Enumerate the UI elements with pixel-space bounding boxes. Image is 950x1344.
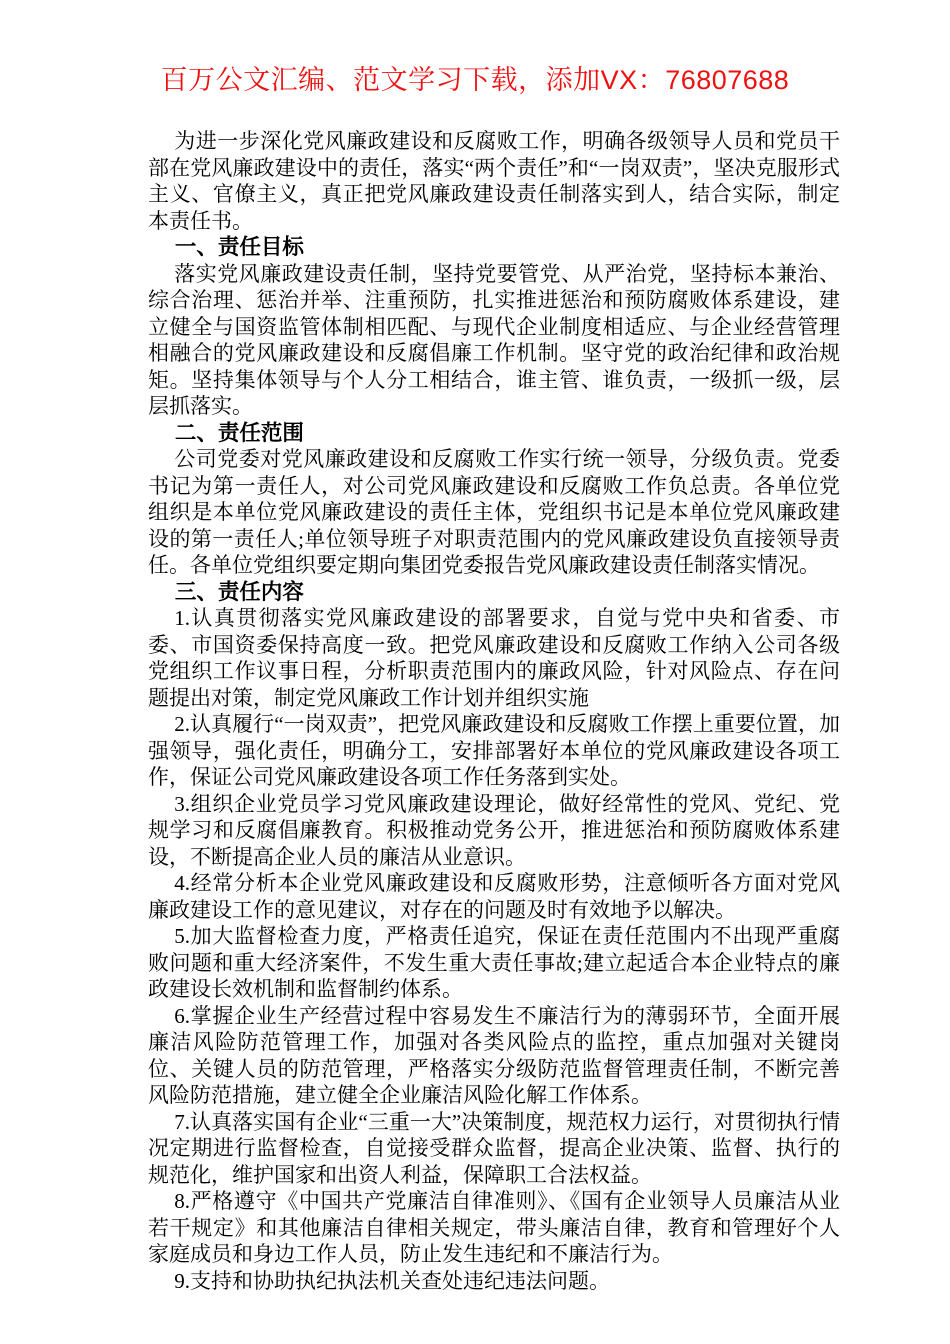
section-heading-responsibility-goals: 一、责任目标 [148,234,840,261]
list-item-4: 4.经常分析本企业党风廉政建设和反腐败形势，注意倾听各方面对党风廉政建设工作的意… [148,870,840,923]
list-item-6: 6.掌握企业生产经营过程中容易发生不廉洁行为的薄弱环节，全面开展廉洁风险防范管理… [148,1003,840,1109]
intro-paragraph: 为进一步深化党风廉政建设和反腐败工作，明确各级领导人员和党员干部在党风廉政建设中… [148,128,840,234]
watermark-header: 百万公文汇编、范文学习下载，添加VX：76807688 [0,0,950,97]
list-item-3: 3.组织企业党员学习党风廉政建设理论，做好经常性的党风、党纪、党规学习和反腐倡廉… [148,791,840,871]
list-item-2: 2.认真履行“一岗双责”，把党风廉政建设和反腐败工作摆上重要位置，加强领导，强化… [148,711,840,791]
document-body: 为进一步深化党风廉政建设和反腐败工作，明确各级领导人员和党员干部在党风廉政建设中… [148,128,840,1294]
list-item-1: 1.认真贯彻落实党风廉政建设的部署要求，自觉与党中央和省委、市委、市国资委保持高… [148,605,840,711]
section-heading-responsibility-scope: 二、责任范围 [148,420,840,447]
section-1-paragraph: 落实党风廉政建设责任制，坚持党要管党、从严治党，坚持标本兼治、综合治理、惩治并举… [148,261,840,420]
list-item-8: 8.严格遵守《中国共产党廉洁自律准则》、《国有企业领导人员廉洁从业若干规定》和其… [148,1188,840,1268]
list-item-5: 5.加大监督检查力度，严格责任追究，保证在责任范围内不出现严重腐败问题和重大经济… [148,923,840,1003]
section-heading-responsibility-content: 三、责任内容 [148,579,840,606]
section-2-paragraph: 公司党委对党风廉政建设和反腐败工作实行统一领导，分级负责。党委书记为第一责任人，… [148,446,840,579]
list-item-7: 7.认真落实国有企业“三重一大”决策制度，规范权力运行，对贯彻执行情况定期进行监… [148,1109,840,1189]
list-item-9: 9.支持和协助执纪执法机关查处违纪违法问题。 [148,1268,840,1295]
document-page: 百万公文汇编、范文学习下载，添加VX：76807688 为进一步深化党风廉政建设… [0,0,950,1344]
